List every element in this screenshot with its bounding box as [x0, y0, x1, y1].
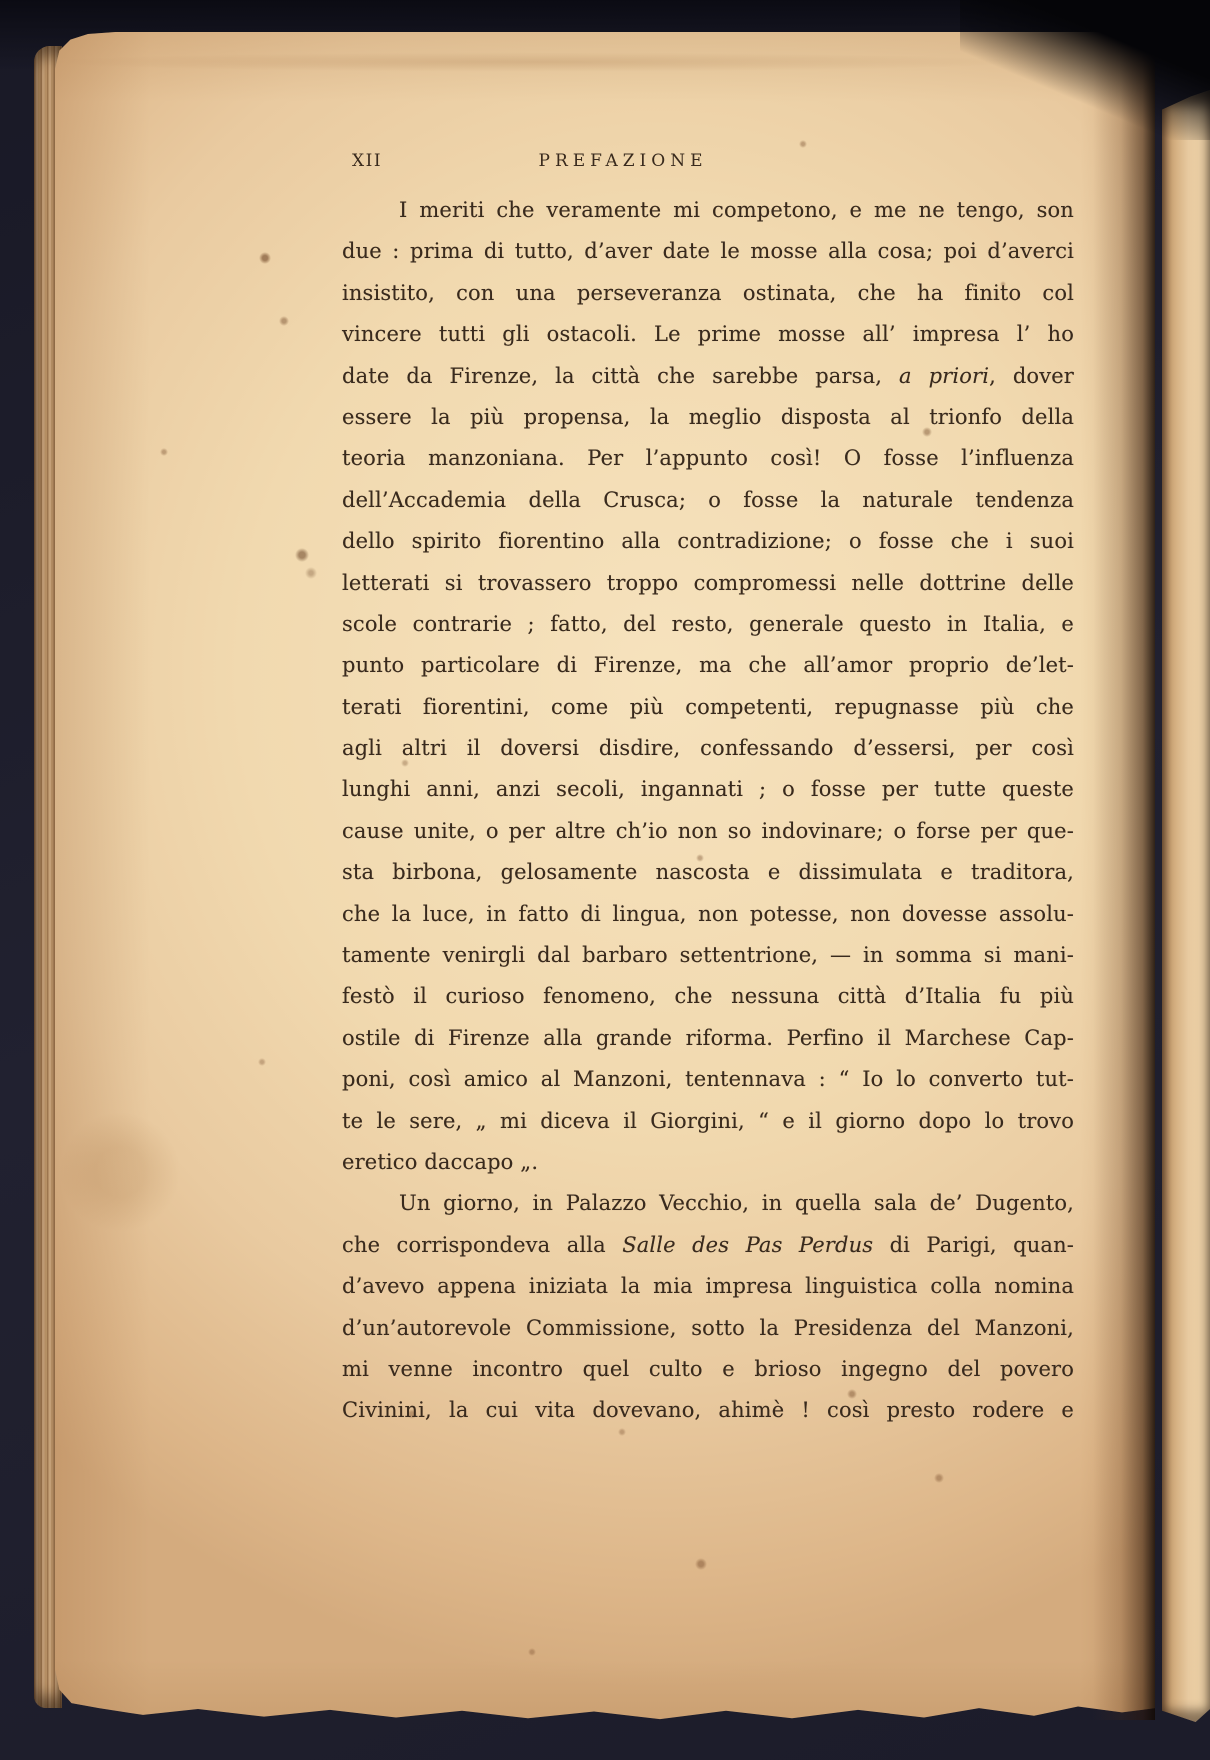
- text-line: terati fiorentini, come più competenti, …: [342, 687, 1074, 728]
- italic-text-segment: a priori: [899, 364, 989, 388]
- text-segment: dello spirito fiorentino alla contradizi…: [342, 529, 1074, 553]
- text-line: I meriti che veramente mi competono, e m…: [342, 190, 1074, 231]
- italic-text-segment: Salle des Pas Perdus: [622, 1233, 873, 1257]
- text-segment: terati fiorentini, come più competenti, …: [342, 695, 1074, 719]
- running-header: XII PREFAZIONE: [342, 150, 1074, 172]
- text-segment: ostile di Firenze alla grande riforma. P…: [342, 1026, 1074, 1050]
- text-line: letterati si trovassero troppo compromes…: [342, 563, 1074, 604]
- text-line: Civinini, la cui vita dovevano, ahimè ! …: [342, 1390, 1074, 1431]
- text-line: Un giorno, in Palazzo Vecchio, in quella…: [342, 1183, 1074, 1224]
- text-segment: tamente venirgli dal barbaro settentrion…: [342, 943, 1074, 967]
- text-line: lunghi anni, anzi secoli, ingannati ; o …: [342, 769, 1074, 810]
- text-line: agli altri il doversi disdire, confessan…: [342, 728, 1074, 769]
- text-segment: letterati si trovassero troppo compromes…: [342, 571, 1074, 595]
- text-line: festò il curioso fenomeno, che nessuna c…: [342, 976, 1074, 1017]
- text-line: scole contrarie ; fatto, del resto, gene…: [342, 604, 1074, 645]
- book-page: XII PREFAZIONE I meriti che veramente mi…: [55, 32, 1155, 1720]
- text-segment: , dover: [989, 364, 1074, 388]
- text-line: che corrispondeva alla Salle des Pas Per…: [342, 1225, 1074, 1266]
- text-segment: essere la più propensa, la meglio dispos…: [342, 405, 1074, 429]
- text-line: poni, così amico al Manzoni, tentennava …: [342, 1059, 1074, 1100]
- text-line: vincere tutti gli ostacoli. Le prime mos…: [342, 314, 1074, 355]
- text-segment: che la luce, in fatto di lingua, non pot…: [342, 902, 1074, 926]
- text-segment: te le sere, „ mi diceva il Giorgini, “ e…: [342, 1109, 1074, 1133]
- text-segment: cause unite, o per altre ch’io non so in…: [342, 819, 1074, 843]
- text-line: dell’Accademia della Crusca; o fosse la …: [342, 480, 1074, 521]
- text-segment: festò il curioso fenomeno, che nessuna c…: [342, 984, 1074, 1008]
- text-segment: date da Firenze, la città che sarebbe pa…: [342, 364, 899, 388]
- text-segment: Civinini, la cui vita dovevano, ahimè ! …: [342, 1398, 1074, 1422]
- paragraph: I meriti che veramente mi competono, e m…: [342, 190, 1074, 1183]
- text-line: teoria manzoniana. Per l’appunto così! O…: [342, 438, 1074, 479]
- page-title: PREFAZIONE: [539, 150, 708, 172]
- text-line: dello spirito fiorentino alla contradizi…: [342, 521, 1074, 562]
- text-line: d’un’autorevole Commissione, sotto la Pr…: [342, 1308, 1074, 1349]
- text-segment: due : prima di tutto, d’aver date le mos…: [342, 239, 1074, 263]
- text-line: te le sere, „ mi diceva il Giorgini, “ e…: [342, 1101, 1074, 1142]
- paragraph: Un giorno, in Palazzo Vecchio, in quella…: [342, 1183, 1074, 1431]
- text-line: tamente venirgli dal barbaro settentrion…: [342, 935, 1074, 976]
- adjacent-page-edge: [1162, 90, 1210, 1722]
- text-line: date da Firenze, la città che sarebbe pa…: [342, 356, 1074, 397]
- text-line: ostile di Firenze alla grande riforma. P…: [342, 1018, 1074, 1059]
- text-line: due : prima di tutto, d’aver date le mos…: [342, 231, 1074, 272]
- text-line: mi venne incontro quel culto e brioso in…: [342, 1349, 1074, 1390]
- text-line: punto particolare di Firenze, ma che all…: [342, 645, 1074, 686]
- text-segment: teoria manzoniana. Per l’appunto così! O…: [342, 446, 1074, 470]
- text-segment: scole contrarie ; fatto, del resto, gene…: [342, 612, 1074, 636]
- text-block: XII PREFAZIONE I meriti che veramente mi…: [342, 150, 1074, 1432]
- text-segment: eretico daccapo „.: [342, 1150, 538, 1174]
- text-line: che la luce, in fatto di lingua, non pot…: [342, 894, 1074, 935]
- text-segment: Un giorno, in Palazzo Vecchio, in quella…: [399, 1191, 1074, 1215]
- page-body: I meriti che veramente mi competono, e m…: [342, 190, 1074, 1432]
- book-photo: XII PREFAZIONE I meriti che veramente mi…: [0, 0, 1210, 1760]
- text-segment: agli altri il doversi disdire, confessan…: [342, 736, 1074, 760]
- page-number: XII: [352, 150, 382, 172]
- text-segment: che corrispondeva alla: [342, 1233, 622, 1257]
- text-segment: punto particolare di Firenze, ma che all…: [342, 653, 1074, 677]
- text-segment: di Parigi, quan-: [873, 1233, 1074, 1257]
- text-line: cause unite, o per altre ch’io non so in…: [342, 811, 1074, 852]
- text-segment: vincere tutti gli ostacoli. Le prime mos…: [342, 322, 1074, 346]
- text-segment: lunghi anni, anzi secoli, ingannati ; o …: [342, 777, 1074, 801]
- text-line: d’avevo appena iniziata la mia impresa l…: [342, 1266, 1074, 1307]
- text-segment: poni, così amico al Manzoni, tentennava …: [342, 1067, 1074, 1091]
- text-segment: I meriti che veramente mi competono, e m…: [399, 198, 1074, 222]
- text-segment: dell’Accademia della Crusca; o fosse la …: [342, 488, 1074, 512]
- text-segment: d’avevo appena iniziata la mia impresa l…: [342, 1274, 1074, 1298]
- text-segment: insistito, con una perseveranza ostinata…: [342, 281, 1074, 305]
- text-line: insistito, con una perseveranza ostinata…: [342, 273, 1074, 314]
- text-segment: d’un’autorevole Commissione, sotto la Pr…: [342, 1316, 1074, 1340]
- text-segment: mi venne incontro quel culto e brioso in…: [342, 1357, 1074, 1381]
- text-line: sta birbona, gelosamente nascosta e diss…: [342, 852, 1074, 893]
- text-line: eretico daccapo „.: [342, 1142, 1074, 1183]
- text-line: essere la più propensa, la meglio dispos…: [342, 397, 1074, 438]
- text-segment: sta birbona, gelosamente nascosta e diss…: [342, 860, 1074, 884]
